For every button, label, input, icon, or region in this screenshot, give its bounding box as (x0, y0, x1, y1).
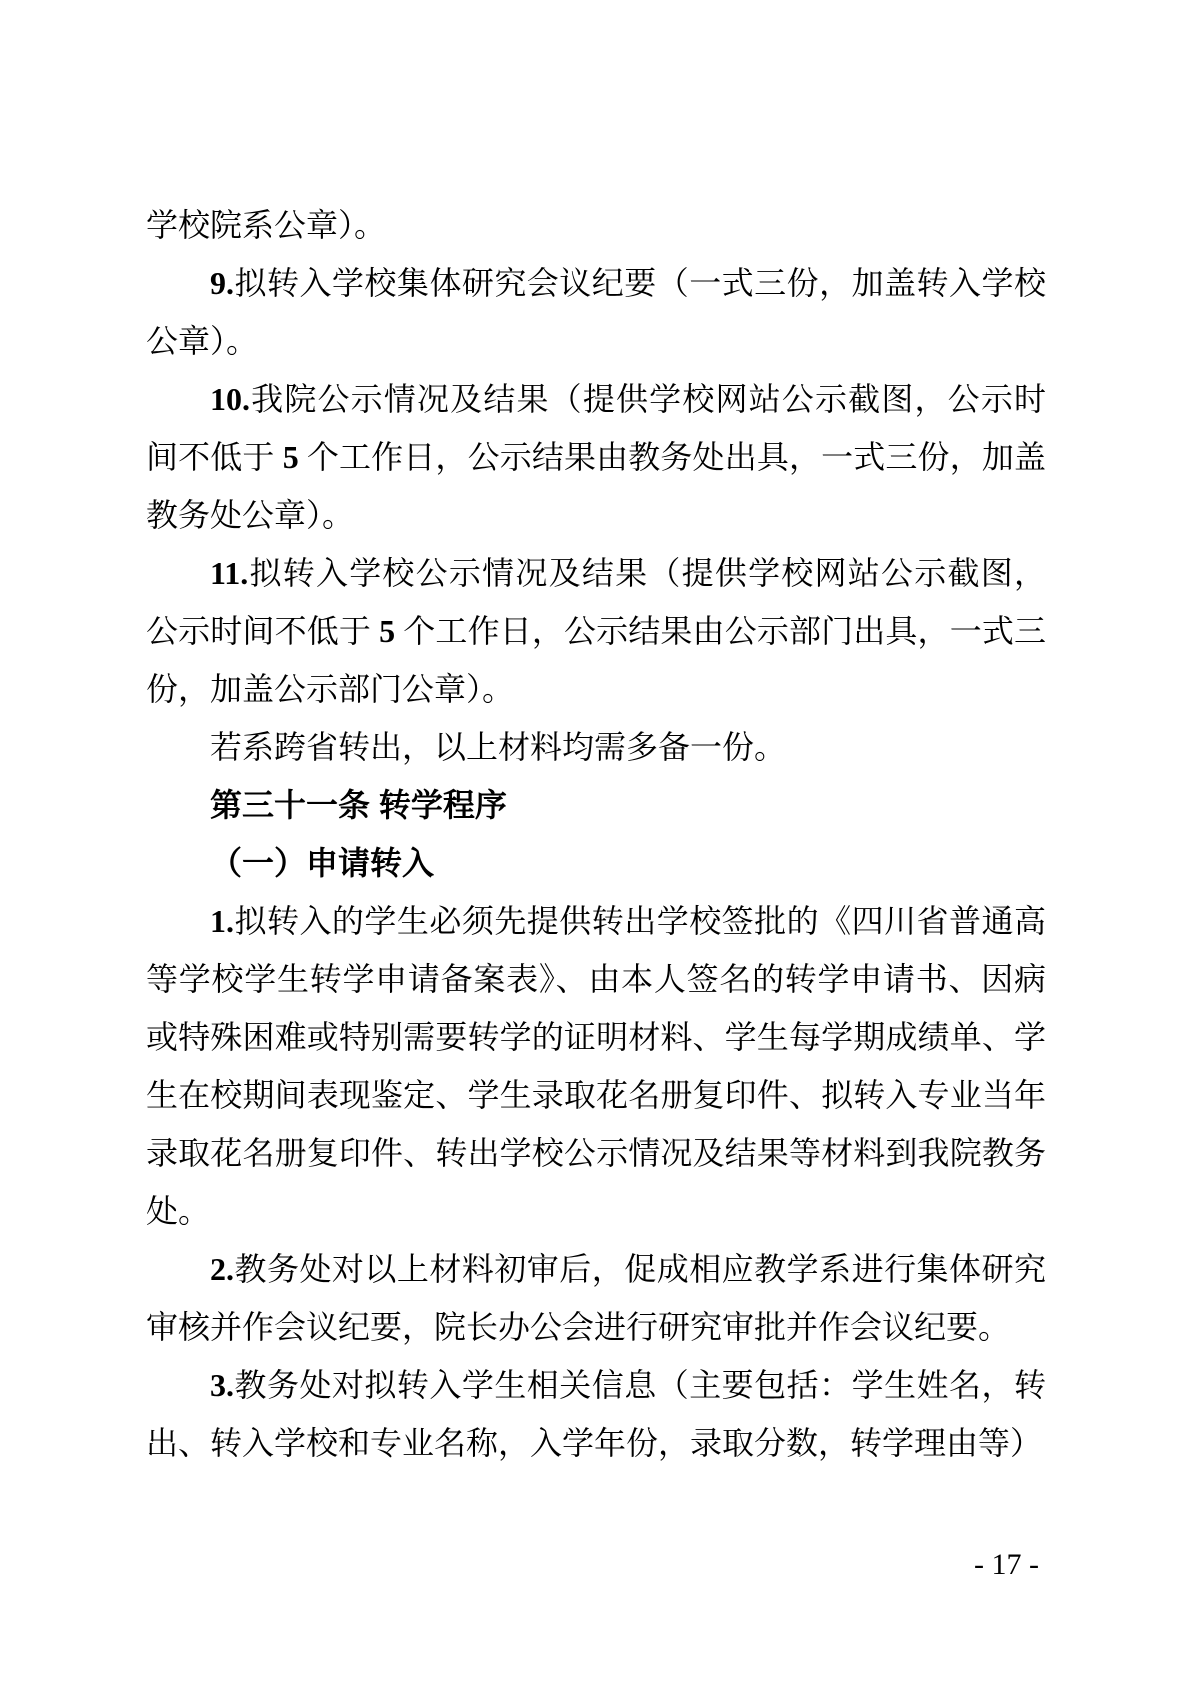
document-body: 学校院系公章）。 9.拟转入学校集体研究会议纪要（一式三份，加盖转入学校公章）。… (146, 196, 1046, 1472)
sub-heading: （一）申请转入 (146, 834, 1046, 892)
document-page: 学校院系公章）。 9.拟转入学校集体研究会议纪要（一式三份，加盖转入学校公章）。… (0, 0, 1191, 1684)
item-number: 11. (210, 555, 248, 591)
item-number: 10. (210, 381, 250, 417)
paragraph-item-10: 10.我院公示情况及结果（提供学校网站公示截图，公示时间不低于 5 个工作日，公… (146, 370, 1046, 544)
paragraph-text: 拟转入学校集体研究会议纪要（一式三份，加盖转入学校公章）。 (146, 265, 1046, 359)
inline-number: 5 (283, 439, 299, 475)
paragraph-note: 若系跨省转出，以上材料均需多备一份。 (146, 718, 1046, 776)
paragraph-item-1: 1.拟转入的学生必须先提供转出学校签批的《四川省普通高等学校学生转学申请备案表》… (146, 892, 1046, 1240)
paragraph-continuation: 学校院系公章）。 (146, 196, 1046, 254)
paragraph-text: 若系跨省转出，以上材料均需多备一份。 (210, 729, 786, 765)
page-number: - 17 - (974, 1545, 1039, 1585)
paragraph-item-9: 9.拟转入学校集体研究会议纪要（一式三份，加盖转入学校公章）。 (146, 254, 1046, 370)
item-number: 3. (210, 1367, 234, 1403)
paragraph-text: 教务处对以上材料初审后，促成相应教学系进行集体研究审核并作会议纪要，院长办公会进… (146, 1251, 1046, 1345)
paragraph-text: 学校院系公章）。 (146, 207, 386, 243)
paragraph-item-3: 3.教务处对拟转入学生相关信息（主要包括：学生姓名，转出、转入学校和专业名称，入… (146, 1356, 1046, 1472)
inline-number: 5 (379, 613, 395, 649)
item-number: 9. (210, 265, 234, 301)
paragraph-item-11: 11.拟转入学校公示情况及结果（提供学校网站公示截图，公示时间不低于 5 个工作… (146, 544, 1046, 718)
paragraph-text: 教务处对拟转入学生相关信息（主要包括：学生姓名，转出、转入学校和专业名称，入学年… (146, 1367, 1046, 1461)
paragraph-text: 拟转入的学生必须先提供转出学校签批的《四川省普通高等学校学生转学申请备案表》、由… (146, 903, 1046, 1229)
article-heading: 第三十一条 转学程序 (146, 776, 1046, 834)
heading-text: 第三十一条 转学程序 (210, 787, 507, 823)
heading-text: （一）申请转入 (210, 845, 434, 881)
paragraph-item-2: 2.教务处对以上材料初审后，促成相应教学系进行集体研究审核并作会议纪要，院长办公… (146, 1240, 1046, 1356)
item-number: 1. (210, 903, 234, 939)
item-number: 2. (210, 1251, 234, 1287)
